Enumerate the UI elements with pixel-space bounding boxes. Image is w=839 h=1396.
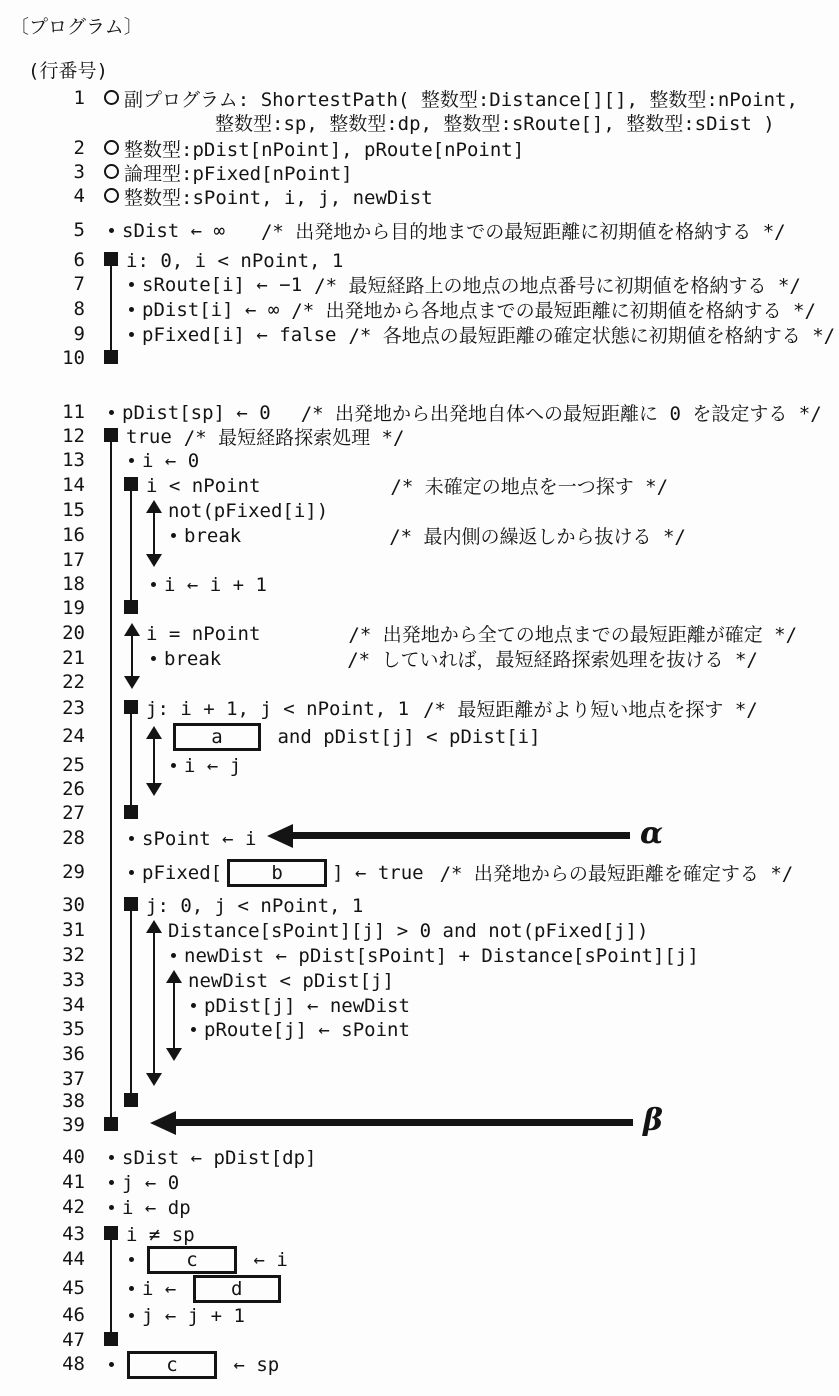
line-number: 19 [37, 597, 85, 619]
statement-bullet [109, 1205, 114, 1210]
statement-bullet [171, 763, 176, 768]
code-text: and pDist[j] < pDist[i] [266, 726, 541, 748]
code-text: i ← j [184, 755, 241, 777]
program-line-2: 2整数型:pDist[nPoint], pRoute[nPoint] [0, 136, 839, 161]
statement-bullet [129, 1257, 134, 1262]
answer-box-label: a [211, 726, 222, 748]
line-number: 21 [37, 647, 85, 669]
if-arrow-down [146, 554, 162, 567]
code-content: 整数型:sp, 整数型:dp, 整数型:sRoute[], 整数型:sDist … [215, 110, 775, 135]
code-text: Distance[sPoint][j] > 0 and not(pFixed[j… [168, 920, 648, 942]
line-number: 39 [37, 1114, 85, 1136]
code-content: i ← dp [122, 1195, 191, 1220]
beta-label: β [643, 1103, 663, 1138]
code-content: i ← i + 1 [164, 572, 267, 597]
line-number: 15 [37, 499, 85, 521]
code-text: pDist[i] ← ∞ [142, 299, 279, 321]
code-text: i ← 0 [142, 450, 199, 472]
line-number: 9 [37, 323, 85, 345]
code-text: 副プログラム: ShortestPath( 整数型:Distance[][], … [124, 85, 798, 112]
line-number: 20 [37, 622, 85, 644]
code-content: pRoute[j] ← sPoint [204, 1017, 410, 1042]
if-arrow-down [146, 783, 162, 796]
code-text: newDist ← pDist[sPoint] + Distance[sPoin… [184, 945, 699, 967]
code-content: j ← j + 1 [142, 1303, 245, 1328]
alpha-arrow-bar [291, 832, 630, 839]
line-number: 17 [37, 549, 85, 571]
line-number: 27 [37, 802, 85, 824]
loop-connector [130, 483, 132, 608]
line-number: 34 [37, 994, 85, 1016]
code-comment: /* 出発地から出発地自体への最短距離に 0 を設定する */ [301, 399, 822, 426]
code-text: sDist ← pDist[dp] [122, 1147, 316, 1169]
code-comment: /* 出発地から各地点までの最短距離に初期値を格納する */ [291, 296, 816, 323]
program-line-3: 3論理型:pFixed[nPoint] [0, 160, 839, 185]
program-line-6: 6i: 0, i < nPoint, 1 [0, 248, 839, 273]
program-line-31: 31Distance[sPoint][j] > 0 and not(pFixed… [0, 918, 839, 943]
code-text: j: i + 1, j < nPoint, 1 [146, 698, 409, 720]
code-content: i ← d [142, 1276, 286, 1301]
answer-box-a: a [173, 723, 261, 751]
statement-bullet [171, 533, 176, 538]
line-number: 29 [37, 861, 85, 883]
code-text: j ← j + 1 [142, 1305, 245, 1327]
program-line-18: 18i ← i + 1 [0, 572, 839, 597]
program-line-38: 38 [0, 1089, 839, 1114]
code-content: pFixed[b] ← true/* 出発地からの最短距離を確定する */ [142, 860, 793, 885]
line-number: 48 [37, 1353, 85, 1375]
statement-bullet [129, 1313, 134, 1318]
code-content: pFixed[i] ← false/* 各地点の最短距離の確定状態に初期値を格納… [142, 322, 835, 347]
code-content: 整数型:sPoint, i, j, newDist [124, 184, 433, 209]
answer-box-b: b [227, 859, 327, 887]
line-number: 47 [37, 1329, 85, 1351]
code-text: pDist[j] ← newDist [204, 995, 410, 1017]
if-arrow-shaft [153, 512, 155, 556]
if-arrow-down [146, 1073, 162, 1086]
code-comment: /* 最短距離がより短い地点を探す */ [423, 695, 758, 722]
code-text: break [164, 648, 221, 670]
loop-connector [110, 1232, 112, 1340]
code-content: sDist ← pDist[dp] [122, 1145, 316, 1170]
code-content: break/* 最内側の繰返しから抜ける */ [184, 523, 686, 548]
code-text: 整数型:sp, 整数型:dp, 整数型:sRoute[], 整数型:sDist … [215, 109, 775, 136]
line-number: 8 [37, 298, 85, 320]
code-content: 論理型:pFixed[nPoint] [124, 160, 353, 185]
answer-box-label: c [166, 1354, 177, 1376]
line-number: 26 [37, 778, 85, 800]
code-text: 整数型:pDist[nPoint], pRoute[nPoint] [124, 135, 524, 162]
declaration-circle [104, 164, 119, 179]
statement-bullet [129, 332, 134, 337]
statement-bullet [151, 582, 156, 587]
program-line-16: 16break/* 最内側の繰返しから抜ける */ [0, 523, 839, 548]
if-arrow-down [124, 676, 140, 689]
code-content: c ← sp [122, 1352, 279, 1377]
beta-arrow-head [150, 1111, 176, 1135]
answer-box-c: c [127, 1351, 217, 1379]
code-text: sPoint ← i [142, 828, 256, 850]
line-number-heading: (行番号) [28, 56, 108, 83]
program-line-11: 11pDist[sp] ← 0/* 出発地から出発地自体への最短距離に 0 を設… [0, 400, 839, 425]
code-text: i ← [142, 1278, 188, 1300]
code-text: not(pFixed[i]) [168, 500, 328, 522]
code-text: sDist ← ∞ [122, 220, 225, 242]
program-line-26: 26 [0, 777, 839, 802]
if-arrow-shaft [153, 738, 155, 785]
code-content: newDist ← pDist[sPoint] + Distance[sPoin… [184, 943, 699, 968]
program-line-5: 5sDist ← ∞/* 出発地から目的地までの最短距離に初期値を格納する */ [0, 218, 839, 243]
code-content: i ← j [184, 753, 241, 778]
program-line-33: 33newDist < pDist[j] [0, 968, 839, 993]
program-line-25: 25i ← j [0, 753, 839, 778]
program-line-36: 36 [0, 1042, 839, 1067]
code-content: i < nPoint/* 未確定の地点を一つ探す */ [146, 473, 668, 498]
program-line-24: 24a and pDist[j] < pDist[i] [0, 724, 839, 749]
program-line-42: 42i ← dp [0, 1195, 839, 1220]
code-text: newDist < pDist[j] [188, 970, 394, 992]
pseudocode-document: 〔プログラム〕 (行番号) 1副プログラム: ShortestPath( 整数型… [0, 0, 839, 1396]
program-line-7: 7sRoute[i] ← −1/* 最短経路上の地点の地点番号に初期値を格納する… [0, 272, 839, 297]
program-line-45: 45i ← d [0, 1276, 839, 1301]
code-text: true [126, 426, 172, 448]
code-content: pDist[j] ← newDist [204, 993, 410, 1018]
code-text: ← i [242, 1249, 288, 1271]
program-line-15: 15not(pFixed[i]) [0, 498, 839, 523]
if-arrow-shaft [153, 932, 155, 1075]
line-number: 3 [37, 161, 85, 183]
program-line-19: 19 [0, 596, 839, 621]
statement-bullet [109, 1155, 114, 1160]
page-title: 〔プログラム〕 [10, 12, 143, 39]
line-number: 12 [37, 425, 85, 447]
line-number: 41 [37, 1171, 85, 1193]
answer-box-c: c [147, 1246, 237, 1274]
code-comment: /* 出発地からの最短距離を確定する */ [440, 859, 794, 886]
line-number: 36 [37, 1043, 85, 1065]
statement-bullet [151, 656, 156, 661]
code-content: 副プログラム: ShortestPath( 整数型:Distance[][], … [124, 86, 798, 111]
program-line-9: 9pFixed[i] ← false/* 各地点の最短距離の確定状態に初期値を格… [0, 322, 839, 347]
alpha-label: α [640, 816, 663, 851]
line-number: 22 [37, 671, 85, 693]
statement-bullet [191, 1027, 196, 1032]
statement-bullet [109, 1180, 114, 1185]
line-number: 23 [37, 697, 85, 719]
code-comment: /* 最内側の繰返しから抜ける */ [389, 522, 686, 549]
code-text: pDist[sp] ← 0 [122, 402, 271, 424]
line-number: 1 [37, 87, 85, 109]
code-text: pRoute[j] ← sPoint [204, 1019, 410, 1041]
line-number: 38 [37, 1090, 85, 1112]
line-number: 11 [37, 401, 85, 423]
code-content: newDist < pDist[j] [188, 968, 394, 993]
statement-bullet [109, 1362, 114, 1367]
program-line-8: 8pDist[i] ← ∞/* 出発地から各地点までの最短距離に初期値を格納する… [0, 297, 839, 322]
loop-connector [110, 258, 112, 358]
code-content: i: 0, i < nPoint, 1 [126, 248, 343, 273]
statement-bullet [171, 953, 176, 958]
code-text: j: 0, j < nPoint, 1 [146, 895, 363, 917]
code-text: 整数型:sPoint, i, j, newDist [124, 183, 433, 210]
if-arrow-down [166, 1048, 182, 1061]
code-comment: /* していれば，最短経路探索処理を抜ける */ [347, 645, 758, 672]
program-line-10: 10 [0, 346, 839, 371]
code-content: a and pDist[j] < pDist[i] [168, 724, 541, 749]
statement-bullet [109, 410, 114, 415]
program-line-47: 47 [0, 1328, 839, 1353]
loop-connector [130, 706, 132, 813]
program-line-12: 12true/* 最短経路探索処理 */ [0, 424, 839, 449]
answer-box-d: d [193, 1275, 281, 1303]
line-number: 5 [37, 219, 85, 241]
code-content: pDist[sp] ← 0/* 出発地から出発地自体への最短距離に 0 を設定す… [122, 400, 822, 425]
code-comment: /* 出発地から全ての地点までの最短距離が確定 */ [348, 620, 797, 647]
code-text: j ← 0 [122, 1172, 179, 1194]
statement-bullet [129, 307, 134, 312]
line-number: 18 [37, 573, 85, 595]
answer-box-label: d [231, 1278, 242, 1300]
code-comment: /* 未確定の地点を一つ探す */ [390, 472, 668, 499]
code-comment: /* 出発地から目的地までの最短距離に初期値を格納する */ [261, 217, 786, 244]
line-number: 16 [37, 524, 85, 546]
declaration-circle [104, 90, 119, 105]
line-number: 37 [37, 1068, 85, 1090]
statement-bullet [191, 1003, 196, 1008]
code-content: sPoint ← i [142, 826, 256, 851]
program-line-14: 14i < nPoint/* 未確定の地点を一つ探す */ [0, 473, 839, 498]
line-number: 42 [37, 1196, 85, 1218]
program-line-13: 13i ← 0 [0, 448, 839, 473]
program-line-35: 35pRoute[j] ← sPoint [0, 1017, 839, 1042]
code-text: sRoute[i] ← −1 [142, 274, 302, 296]
statement-bullet [129, 836, 134, 841]
code-content: Distance[sPoint][j] > 0 and not(pFixed[j… [168, 918, 648, 943]
code-content: true/* 最短経路探索処理 */ [126, 424, 404, 449]
code-content: i ≠ sp [126, 1222, 195, 1247]
code-text: i = nPoint [146, 623, 260, 645]
code-text: i ≠ sp [126, 1224, 195, 1246]
if-arrow-shaft [173, 982, 175, 1050]
code-content: j: i + 1, j < nPoint, 1/* 最短距離がより短い地点を探す… [146, 696, 758, 721]
answer-box-label: c [186, 1249, 197, 1271]
program-line-27: 27 [0, 801, 839, 826]
program-line-32: 32newDist ← pDist[sPoint] + Distance[sPo… [0, 943, 839, 968]
program-line-29: 29pFixed[b] ← true/* 出発地からの最短距離を確定する */ [0, 860, 839, 885]
line-number: 7 [37, 273, 85, 295]
program-line-30: 30j: 0, j < nPoint, 1 [0, 893, 839, 918]
code-text: 論理型:pFixed[nPoint] [124, 159, 353, 186]
code-content: 整数型:pDist[nPoint], pRoute[nPoint] [124, 136, 524, 161]
program-line-44: 44c ← i [0, 1247, 839, 1272]
line-number: 2 [37, 137, 85, 159]
line-number: 45 [37, 1277, 85, 1299]
program-line-17: 17 [0, 548, 839, 573]
code-text: ← sp [222, 1354, 279, 1376]
line-number: 35 [37, 1018, 85, 1040]
code-content: pDist[i] ← ∞/* 出発地から各地点までの最短距離に初期値を格納する … [142, 297, 816, 322]
code-content: j: 0, j < nPoint, 1 [146, 893, 363, 918]
line-number: 44 [37, 1248, 85, 1270]
code-content: not(pFixed[i]) [168, 498, 328, 523]
code-text: i: 0, i < nPoint, 1 [126, 250, 343, 272]
statement-bullet [129, 458, 134, 463]
line-number: 43 [37, 1223, 85, 1245]
program-line-34: 34pDist[j] ← newDist [0, 993, 839, 1018]
code-text: pFixed[i] ← false [142, 324, 336, 346]
line-number: 25 [37, 754, 85, 776]
code-content: i ← 0 [142, 448, 199, 473]
code-text: i ← i + 1 [164, 574, 267, 596]
code-text: i < nPoint [146, 475, 260, 497]
line-number: 32 [37, 944, 85, 966]
declaration-circle [104, 140, 119, 155]
program-line-43: 43i ≠ sp [0, 1222, 839, 1247]
code-text: i ← dp [122, 1197, 191, 1219]
statement-bullet [129, 1286, 134, 1291]
program-line-48: 48c ← sp [0, 1352, 839, 1377]
line-number: 30 [37, 894, 85, 916]
statement-bullet [129, 282, 134, 287]
line-number: 13 [37, 449, 85, 471]
line-number: 31 [37, 919, 85, 941]
code-content: break/* していれば，最短経路探索処理を抜ける */ [164, 646, 758, 671]
program-line-1b: 整数型:sp, 整数型:dp, 整数型:sRoute[], 整数型:sDist … [0, 110, 839, 135]
answer-box-label: b [271, 862, 282, 884]
line-number: 6 [37, 249, 85, 271]
statement-bullet [129, 870, 134, 875]
code-comment: /* 最短経路上の地点の地点番号に初期値を格納する */ [314, 271, 801, 298]
code-text: pFixed[ [142, 862, 222, 884]
declaration-circle [104, 188, 119, 203]
code-content: sRoute[i] ← −1/* 最短経路上の地点の地点番号に初期値を格納する … [142, 272, 801, 297]
program-line-40: 40sDist ← pDist[dp] [0, 1145, 839, 1170]
code-content: sDist ← ∞/* 出発地から目的地までの最短距離に初期値を格納する */ [122, 218, 786, 243]
loop-connector [110, 434, 112, 1125]
code-text: break [184, 525, 241, 547]
program-line-46: 46j ← j + 1 [0, 1303, 839, 1328]
alpha-arrow-head [267, 824, 293, 848]
line-number: 33 [37, 969, 85, 991]
code-comment: /* 最短経路探索処理 */ [184, 423, 405, 450]
loop-connector [130, 903, 132, 1101]
statement-bullet [109, 228, 114, 233]
line-number: 10 [37, 347, 85, 369]
code-content: j ← 0 [122, 1170, 179, 1195]
beta-arrow-bar [174, 1119, 633, 1126]
program-line-41: 41j ← 0 [0, 1170, 839, 1195]
code-comment: /* 各地点の最短距離の確定状態に初期値を格納する */ [348, 321, 835, 348]
line-number: 14 [37, 474, 85, 496]
code-content: c ← i [142, 1247, 288, 1272]
program-line-1: 1副プログラム: ShortestPath( 整数型:Distance[][],… [0, 86, 839, 111]
line-number: 46 [37, 1304, 85, 1326]
line-number: 40 [37, 1146, 85, 1168]
program-line-4: 4整数型:sPoint, i, j, newDist [0, 184, 839, 209]
line-number: 28 [37, 827, 85, 849]
line-number: 4 [37, 185, 85, 207]
program-line-21: 21break/* していれば，最短経路探索処理を抜ける */ [0, 646, 839, 671]
code-text: ] ← true [332, 862, 424, 884]
if-arrow-shaft [131, 635, 133, 678]
program-line-23: 23j: i + 1, j < nPoint, 1/* 最短距離がより短い地点を… [0, 696, 839, 721]
code-content: i = nPoint/* 出発地から全ての地点までの最短距離が確定 */ [146, 621, 797, 646]
line-number: 24 [37, 725, 85, 747]
